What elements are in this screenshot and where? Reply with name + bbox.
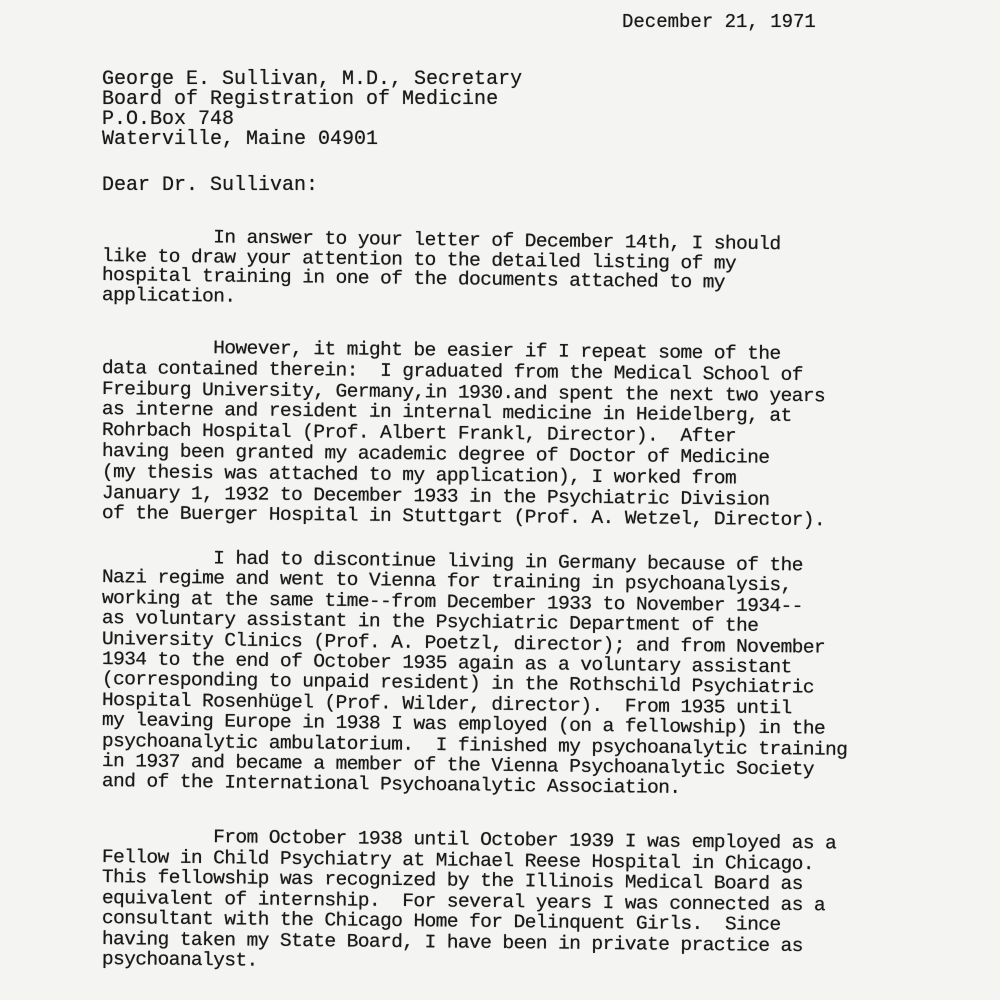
paragraph-line: of the Buerger Hospital in Stuttgart (Pr… [102,503,825,530]
recipient-po-box: P.O.Box 748 [102,110,234,130]
recipient-organization: Board of Registration of Medicine [102,90,498,110]
salutation: Dear Dr. Sullivan: [102,176,318,196]
letter-page: December 21, 1971 George E. Sullivan, M.… [0,0,1000,1000]
paragraph-line: and of the International Psychoanalytic … [102,771,681,798]
paragraph-line: application. [102,285,236,307]
letter-date: December 21, 1971 [622,12,816,32]
recipient-name: George E. Sullivan, M.D., Secretary [102,70,522,90]
paragraph-line: psychoanalyst. [102,949,258,971]
recipient-city: Waterville, Maine 04901 [102,130,378,150]
